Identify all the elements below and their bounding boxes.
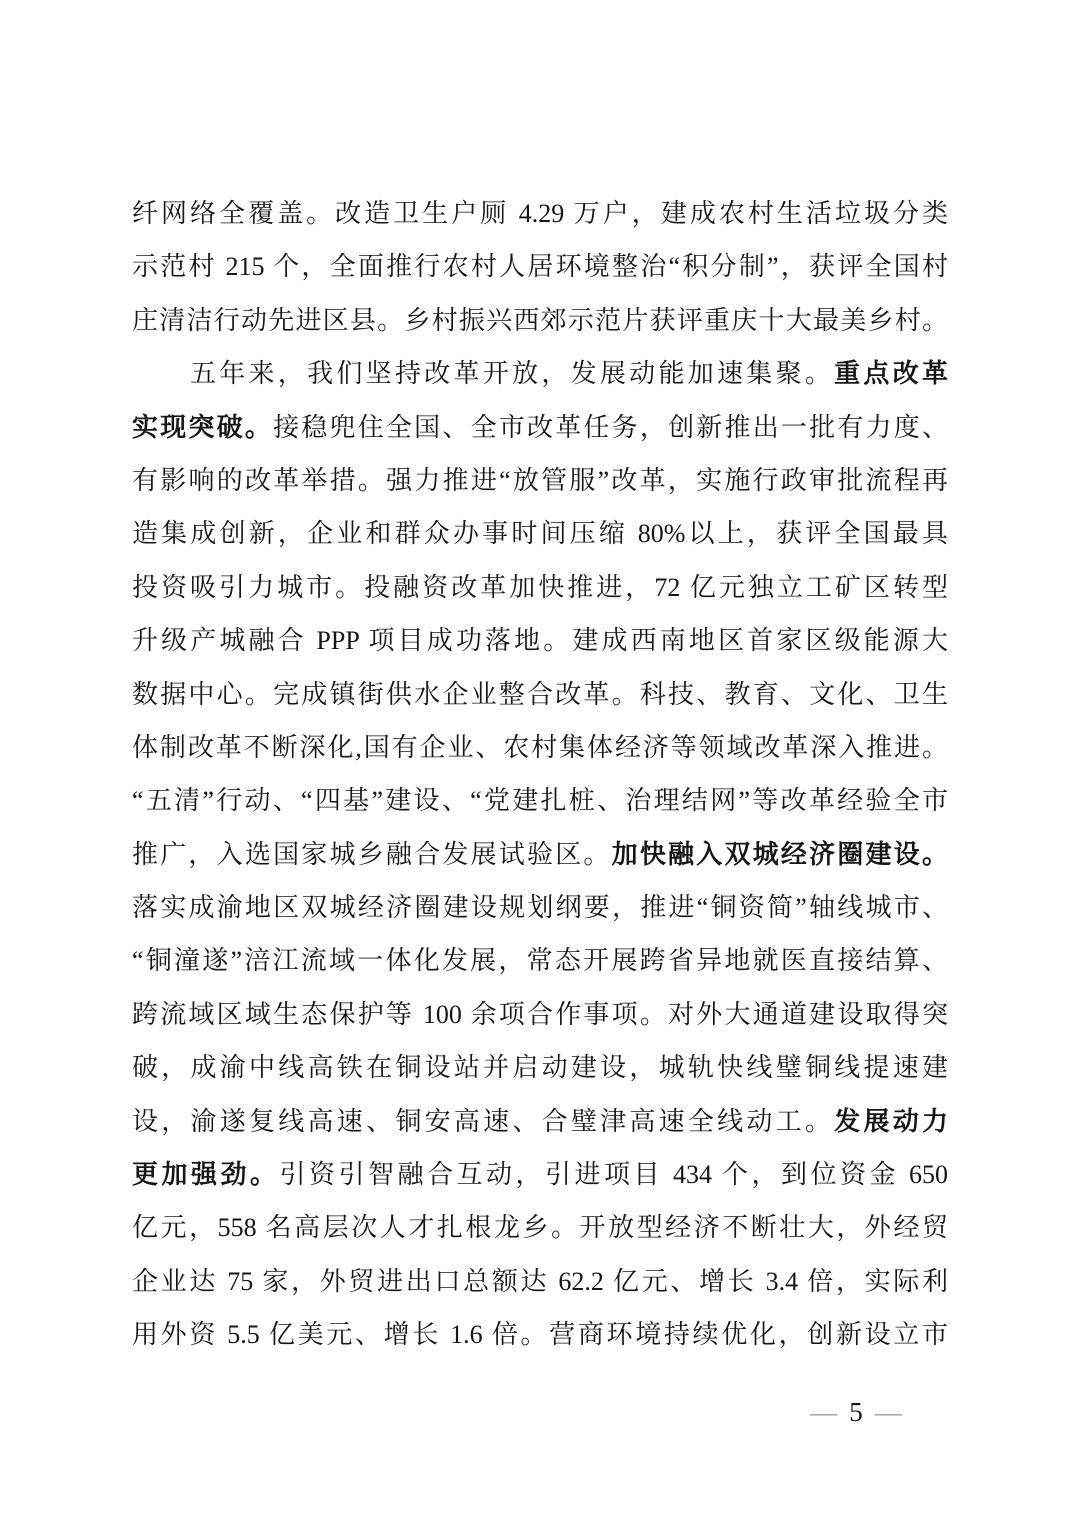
text-segment: 体制改革不断深化,国有企业、农村集体经济等领域改革深入推进。 (132, 733, 948, 762)
text-segment: 落实成渝地区双城经济圈建设规划纲要，推进“铜资简”轴线城市、 (132, 893, 948, 922)
text-line: 推广，入选国家城乡融合发展试验区。加快融入双城经济圈建设。 (132, 828, 948, 881)
document-page: 纤网络全覆盖。改造卫生户厕 4.29 万户，建成农村生活垃圾分类示范村 215 … (0, 0, 1074, 1520)
text-line: 体制改革不断深化,国有企业、农村集体经济等领域改革深入推进。 (132, 721, 948, 774)
text-segment: 破，成渝中线高铁在铜设站并启动建设，城轨快线璧铜线提速建 (132, 1053, 948, 1082)
bold-text-segment: 更加强劲。 (132, 1160, 280, 1189)
text-line: 实现突破。接稳兜住全国、全市改革任务，创新推出一批有力度、 (132, 401, 948, 454)
text-line: 设，渝遂复线高速、铜安高速、合璧津高速全线动工。发展动力 (132, 1095, 948, 1148)
text-line: 用外资 5.5 亿美元、增长 1.6 倍。营商环境持续优化，创新设立市 (132, 1308, 948, 1361)
text-segment: 庄清洁行动先进区县。乡村振兴西郊示范片获评重庆十大最美乡村。 (132, 306, 948, 335)
body-text: 纤网络全覆盖。改造卫生户厕 4.29 万户，建成农村生活垃圾分类示范村 215 … (132, 187, 948, 1362)
text-segment: 示范村 215 个，全面推行农村人居环境整治“积分制”，获评全国村 (132, 252, 948, 281)
text-line: 跨流域区域生态保护等 100 余项合作事项。对外大通道建设取得突 (132, 988, 948, 1041)
text-segment: 升级产城融合 PPP 项目成功落地。建成西南地区首家区级能源大 (132, 626, 948, 655)
text-line: 示范村 215 个，全面推行农村人居环境整治“积分制”，获评全国村 (132, 240, 948, 293)
text-segment: 设，渝遂复线高速、铜安高速、合璧津高速全线动工。 (132, 1107, 834, 1136)
bold-text-segment: 加快融入双城经济圈建设。 (612, 840, 948, 869)
text-line: 企业达 75 家，外贸进出口总额达 62.2 亿元、增长 3.4 倍，实际利 (132, 1255, 948, 1308)
bold-text-segment: 重点改革 (834, 359, 948, 388)
text-segment: 推广，入选国家城乡融合发展试验区。 (132, 840, 612, 869)
text-segment: 引资引智融合互动，引进项目 434 个，到位资金 650 (280, 1160, 948, 1189)
text-segment: 企业达 75 家，外贸进出口总额达 62.2 亿元、增长 3.4 倍，实际利 (132, 1267, 948, 1296)
text-line: 纤网络全覆盖。改造卫生户厕 4.29 万户，建成农村生活垃圾分类 (132, 187, 948, 240)
text-segment: “铜潼遂”涪江流域一体化发展，常态开展跨省异地就医直接结算、 (132, 946, 948, 975)
page-number-value: 5 (849, 1397, 863, 1427)
page-number-dash-left: — (798, 1397, 849, 1427)
text-line: 造集成创新，企业和群众办事时间压缩 80%以上，获评全国最具 (132, 507, 948, 560)
text-segment: 有影响的改革举措。强力推进“放管服”改革，实施行政审批流程再 (132, 466, 948, 495)
text-segment: 跨流域区域生态保护等 100 余项合作事项。对外大通道建设取得突 (132, 1000, 948, 1029)
text-line: 数据中心。完成镇街供水企业整合改革。科技、教育、文化、卫生 (132, 668, 948, 721)
page-number: —5— (798, 1394, 914, 1430)
text-line: 更加强劲。引资引智融合互动，引进项目 434 个，到位资金 650 (132, 1148, 948, 1201)
text-line: 落实成渝地区双城经济圈建设规划纲要，推进“铜资简”轴线城市、 (132, 881, 948, 934)
text-segment: 投资吸引力城市。投融资改革加快推进，72 亿元独立工矿区转型 (132, 573, 948, 602)
text-line: 庄清洁行动先进区县。乡村振兴西郊示范片获评重庆十大最美乡村。 (132, 294, 948, 347)
text-line: 亿元，558 名高层次人才扎根龙乡。开放型经济不断壮大，外经贸 (132, 1201, 948, 1254)
text-segment: 造集成创新，企业和群众办事时间压缩 80%以上，获评全国最具 (132, 519, 948, 548)
text-line: 破，成渝中线高铁在铜设站并启动建设，城轨快线璧铜线提速建 (132, 1041, 948, 1094)
text-line: 投资吸引力城市。投融资改革加快推进，72 亿元独立工矿区转型 (132, 561, 948, 614)
text-line: “五清”行动、“四基”建设、“党建扎桩、治理结网”等改革经验全市 (132, 774, 948, 827)
bold-text-segment: 发展动力 (834, 1107, 948, 1136)
text-line: 升级产城融合 PPP 项目成功落地。建成西南地区首家区级能源大 (132, 614, 948, 667)
text-segment: 纤网络全覆盖。改造卫生户厕 4.29 万户，建成农村生活垃圾分类 (132, 199, 948, 228)
bold-text-segment: 实现突破。 (132, 413, 273, 442)
text-line: “铜潼遂”涪江流域一体化发展，常态开展跨省异地就医直接结算、 (132, 934, 948, 987)
text-line: 有影响的改革举措。强力推进“放管服”改革，实施行政审批流程再 (132, 454, 948, 507)
text-segment: “五清”行动、“四基”建设、“党建扎桩、治理结网”等改革经验全市 (132, 786, 948, 815)
text-segment: 用外资 5.5 亿美元、增长 1.6 倍。营商环境持续优化，创新设立市 (132, 1320, 948, 1349)
text-segment: 五年来，我们坚持改革开放，发展动能加速集聚。 (190, 359, 834, 388)
text-line: 五年来，我们坚持改革开放，发展动能加速集聚。重点改革 (132, 347, 948, 400)
text-segment: 亿元，558 名高层次人才扎根龙乡。开放型经济不断壮大，外经贸 (132, 1213, 948, 1242)
text-segment: 接稳兜住全国、全市改革任务，创新推出一批有力度、 (273, 413, 948, 442)
text-segment: 数据中心。完成镇街供水企业整合改革。科技、教育、文化、卫生 (132, 680, 948, 709)
page-number-dash-right: — (863, 1397, 914, 1427)
